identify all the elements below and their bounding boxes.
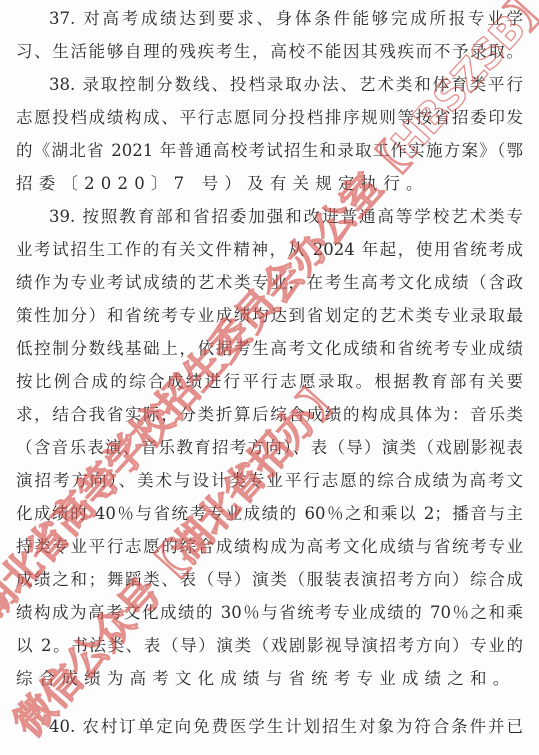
text-line: 37. 对高考成绩达到要求、身体条件能够完成所报专业学 <box>49 2 523 35</box>
text-line: 38. 录取控制分数线、投档录取办法、艺术类和体育类平行 <box>49 68 523 101</box>
text-line: 39. 按照教育部和省招委加强和改进普通高等学校艺术类专 <box>49 200 523 233</box>
text-line: 习、生活能够自理的残疾考生，高校不能因其残疾而不予录取。 <box>16 35 523 68</box>
text-line: （含音乐表演、音乐教育招考方向）、表（导）演类（戏剧影视表 <box>16 431 523 464</box>
text-line: 综合成绩为高考文化成绩与省统考专业成绩之和。 <box>16 662 523 695</box>
text-line: 演招考方向）、美术与设计类专业平行志愿的综合成绩为高考文 <box>16 464 523 497</box>
text-line: 的《湖北省 2021 年普通高校考试招生和录取工作实施方案》（鄂 <box>16 134 523 167</box>
text-line: 求，结合我省实际，分类折算后综合成绩的构成具体为：音乐类 <box>16 398 523 431</box>
text-line: 绩构成为高考文化成绩的 30％与省统考专业成绩的 70％之和乘 <box>16 596 523 629</box>
text-line: 持类专业平行志愿的综合成绩构成为高考文化成绩与省统考专业 <box>16 530 523 563</box>
text-line: 招委〔2020〕7 号）及有关规定执行。 <box>16 167 523 200</box>
text-line: 以 2。书法类、表（导）演类（戏剧影视导演招考方向）专业的 <box>16 629 523 662</box>
text-line: 绩作为专业考试成绩的艺术类专业，在考生高考文化成绩（含政 <box>16 266 523 299</box>
text-line: 业考试招生工作的有关文件精神，从 2024 年起，使用省统考成 <box>16 233 523 266</box>
text-line: 成绩之和；舞蹈类、表（导）演类（服装表演招考方向）综合成 <box>16 563 523 596</box>
text-line: 志愿投档成绩构成、平行志愿同分投档排序规则等按省招委印发 <box>16 101 523 134</box>
text-line: 低控制分数线基础上，依据考生高考文化成绩和省统考专业成绩 <box>16 332 523 365</box>
text-line: 策性加分）和省统考专业成绩均达到省划定的艺术类专业录取最 <box>16 299 523 332</box>
text-line: 40. 农村订单定向免费医学生计划招生对象为符合条件并已 <box>49 710 523 743</box>
text-line: 按比例合成的综合成绩进行平行志愿录取。根据教育部有关要 <box>16 365 523 398</box>
text-line: 化成绩的 40％与省统考专业成绩的 60％之和乘以 2；播音与主 <box>16 497 523 530</box>
document-page: 37. 对高考成绩达到要求、身体条件能够完成所报专业学 习、生活能够自理的残疾考… <box>0 0 539 755</box>
